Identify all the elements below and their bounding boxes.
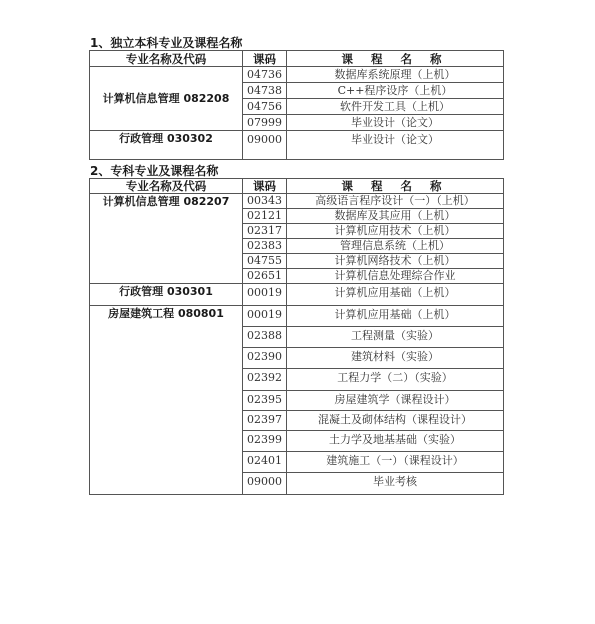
major-name: 计算机信息管理 082207: [90, 194, 243, 284]
course-name: 毕业设计（论文）: [287, 115, 504, 131]
course-code: 02395: [243, 391, 287, 411]
section-1-title: 1、独立本科专业及课程名称: [90, 36, 242, 50]
course-code: 02317: [243, 224, 287, 239]
course-name: 数据库系统原理（上机）: [287, 67, 504, 83]
course-code: 02399: [243, 431, 287, 452]
course-name: 计算机网络技术（上机）: [287, 254, 504, 269]
course-code: 04736: [243, 67, 287, 83]
course-code: 04756: [243, 99, 287, 115]
header-major: 专业名称及代码: [90, 179, 243, 194]
table-header-row: 专业名称及代码 课码 课 程 名 称: [90, 51, 504, 67]
course-code: 00019: [243, 306, 287, 327]
course-name: 计算机信息处理综合作业: [287, 269, 504, 284]
major-name: 行政管理 030301: [90, 284, 243, 306]
table-row: 行政管理 030302 09000 毕业设计（论文）: [90, 131, 504, 160]
table-header-row: 专业名称及代码 课码 课 程 名 称: [90, 179, 504, 194]
course-name: 混凝土及砌体结构（课程设计）: [287, 411, 504, 431]
course-code: 07999: [243, 115, 287, 131]
course-name: 毕业设计（论文）: [287, 131, 504, 160]
course-name: 房屋建筑学（课程设计）: [287, 391, 504, 411]
course-code: 02388: [243, 327, 287, 348]
table-row: 行政管理 030301 00019 计算机应用基础（上机）: [90, 284, 504, 306]
course-name: 土力学及地基基础（实验）: [287, 431, 504, 452]
course-name: 建筑施工（一）（课程设计）: [287, 452, 504, 473]
course-name: 建筑材料（实验）: [287, 348, 504, 369]
course-name: 计算机应用基础（上机）: [287, 284, 504, 306]
course-name: 计算机应用技术（上机）: [287, 224, 504, 239]
header-code: 课码: [243, 179, 287, 194]
course-code: 02651: [243, 269, 287, 284]
course-code: 02390: [243, 348, 287, 369]
header-major: 专业名称及代码: [90, 51, 243, 67]
course-name: 计算机应用基础（上机）: [287, 306, 504, 327]
major-name: 房屋建筑工程 080801: [90, 306, 243, 495]
associate-course-table: 专业名称及代码 课码 课 程 名 称 计算机信息管理 082207 00343 …: [89, 178, 504, 495]
course-code: 02401: [243, 452, 287, 473]
course-name: 工程力学（二）（实验）: [287, 369, 504, 391]
course-name: 软件开发工具（上机）: [287, 99, 504, 115]
course-code: 00343: [243, 194, 287, 209]
table-row: 房屋建筑工程 080801 00019 计算机应用基础（上机）: [90, 306, 504, 327]
table-row: 计算机信息管理 082207 00343 高级语言程序设计（一）（上机）: [90, 194, 504, 209]
table-row: 计算机信息管理 082208 04736 数据库系统原理（上机）: [90, 67, 504, 83]
course-code: 09000: [243, 131, 287, 160]
major-name: 行政管理 030302: [90, 131, 243, 160]
course-code: 09000: [243, 473, 287, 495]
major-name: 计算机信息管理 082208: [90, 67, 243, 131]
course-code: 02392: [243, 369, 287, 391]
course-code: 02383: [243, 239, 287, 254]
course-code: 02397: [243, 411, 287, 431]
course-code: 04738: [243, 83, 287, 99]
header-code: 课码: [243, 51, 287, 67]
course-name: 工程测量（实验）: [287, 327, 504, 348]
course-name: 高级语言程序设计（一）（上机）: [287, 194, 504, 209]
header-course: 课 程 名 称: [287, 51, 504, 67]
course-code: 00019: [243, 284, 287, 306]
course-name: 毕业考核: [287, 473, 504, 495]
course-name: 管理信息系统（上机）: [287, 239, 504, 254]
course-name: 数据库及其应用（上机）: [287, 209, 504, 224]
header-course: 课 程 名 称: [287, 179, 504, 194]
course-code: 02121: [243, 209, 287, 224]
section-2-title: 2、专科专业及课程名称: [90, 164, 218, 178]
undergrad-course-table: 专业名称及代码 课码 课 程 名 称 计算机信息管理 082208 04736 …: [89, 50, 504, 160]
course-name: C++程序设序（上机）: [287, 83, 504, 99]
course-code: 04755: [243, 254, 287, 269]
